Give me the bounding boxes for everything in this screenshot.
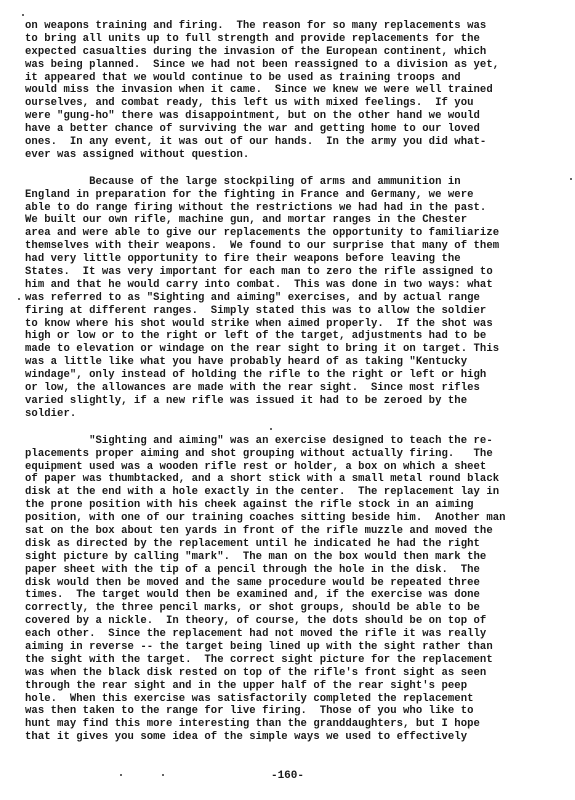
text-line: was referred to as "Sighting and aiming"… xyxy=(25,292,565,305)
text-line: the sight with the target. The correct s… xyxy=(25,654,565,667)
text-line: States. It was very important for each m… xyxy=(25,266,565,279)
text-line: him and that he would carry into combat.… xyxy=(25,279,565,292)
paragraph: Because of the large stockpiling of arms… xyxy=(25,176,565,421)
scan-speck xyxy=(570,178,572,180)
page-number: -160- xyxy=(0,770,575,782)
scan-speck xyxy=(270,428,272,430)
text-line: each other. Since the replacement had no… xyxy=(25,628,565,641)
text-line: firing at different ranges. Simply state… xyxy=(25,305,565,318)
text-line: expected casualties during the invasion … xyxy=(25,46,565,59)
text-line: We built our own rifle, machine gun, and… xyxy=(25,214,565,227)
text-line: was being planned. Since we had not been… xyxy=(25,59,565,72)
document-body: on weapons training and firing. The reas… xyxy=(25,20,565,744)
text-line: have a better chance of surviving the wa… xyxy=(25,123,565,136)
text-line: "Sighting and aiming" was an exercise de… xyxy=(25,435,565,448)
text-line: windage", only instead of holding the ri… xyxy=(25,369,565,382)
text-line: to bring all units up to full strength a… xyxy=(25,33,565,46)
paragraph-gap xyxy=(25,162,565,176)
text-line: disk would then be moved and the same pr… xyxy=(25,577,565,590)
text-line: or low, the allowances are made with the… xyxy=(25,382,565,395)
text-line: correctly, the three pencil marks, or sh… xyxy=(25,602,565,615)
text-line: it appeared that we would continue to be… xyxy=(25,72,565,85)
text-line: disk as directed by the replacement unti… xyxy=(25,538,565,551)
scan-speck xyxy=(340,78,342,80)
text-line: themselves with their weapons. We found … xyxy=(25,240,565,253)
text-line: ever was assigned without question. xyxy=(25,149,565,162)
text-line: hunt may find this more interesting than… xyxy=(25,718,565,731)
text-line: paper sheet with the tip of a pencil thr… xyxy=(25,564,565,577)
text-line: varied slightly, if a new rifle was issu… xyxy=(25,395,565,408)
text-line: high or low or to the right or left of t… xyxy=(25,330,565,343)
text-line: position, with one of our training coach… xyxy=(25,512,565,525)
text-line: ourselves, and combat ready, this left u… xyxy=(25,97,565,110)
text-line: hole. When this exercise was satisfactor… xyxy=(25,693,565,706)
text-line: to know where his shot would strike when… xyxy=(25,318,565,331)
text-line: times. The target would then be examined… xyxy=(25,589,565,602)
text-line: through the rear sight and in the upper … xyxy=(25,680,565,693)
text-line: disk at the end with a hole exactly in t… xyxy=(25,486,565,499)
paragraph-gap xyxy=(25,421,565,435)
text-line: made to elevation or windage on the rear… xyxy=(25,343,565,356)
text-line: the prone position with his cheek agains… xyxy=(25,499,565,512)
text-line: soldier. xyxy=(25,408,565,421)
scan-speck xyxy=(120,774,122,776)
text-line: covered by a nickle. In theory, of cours… xyxy=(25,615,565,628)
text-line: able to do range firing without the rest… xyxy=(25,202,565,215)
text-line: area and were able to give our replaceme… xyxy=(25,227,565,240)
text-line: England in preparation for the fighting … xyxy=(25,189,565,202)
paragraph: "Sighting and aiming" was an exercise de… xyxy=(25,435,565,744)
scan-speck xyxy=(22,14,24,16)
text-line: were "gung-ho" there was disappointment,… xyxy=(25,110,565,123)
text-line: placements proper aiming and shot groupi… xyxy=(25,448,565,461)
scan-speck xyxy=(18,298,20,300)
text-line: sight picture by calling "mark". The man… xyxy=(25,551,565,564)
text-line: on weapons training and firing. The reas… xyxy=(25,20,565,33)
text-line: of paper was thumbtacked, and a short st… xyxy=(25,473,565,486)
paragraph: on weapons training and firing. The reas… xyxy=(25,20,565,162)
text-line: was then taken to the range for live fir… xyxy=(25,705,565,718)
text-line: was a little like what you have probably… xyxy=(25,356,565,369)
text-line: would miss the invasion when it came. Si… xyxy=(25,84,565,97)
text-line: aiming in reverse -- the target being li… xyxy=(25,641,565,654)
text-line: that it gives you some idea of the simpl… xyxy=(25,731,565,744)
text-line: was when the black disk rested on top of… xyxy=(25,667,565,680)
text-line: sat on the box about ten yards in front … xyxy=(25,525,565,538)
text-line: Because of the large stockpiling of arms… xyxy=(25,176,565,189)
text-line: ones. In any event, it was out of our ha… xyxy=(25,136,565,149)
scan-speck xyxy=(162,774,164,776)
document-page: on weapons training and firing. The reas… xyxy=(25,20,565,744)
text-line: had very little opportunity to fire thei… xyxy=(25,253,565,266)
text-line: equipment used was a wooden rifle rest o… xyxy=(25,461,565,474)
